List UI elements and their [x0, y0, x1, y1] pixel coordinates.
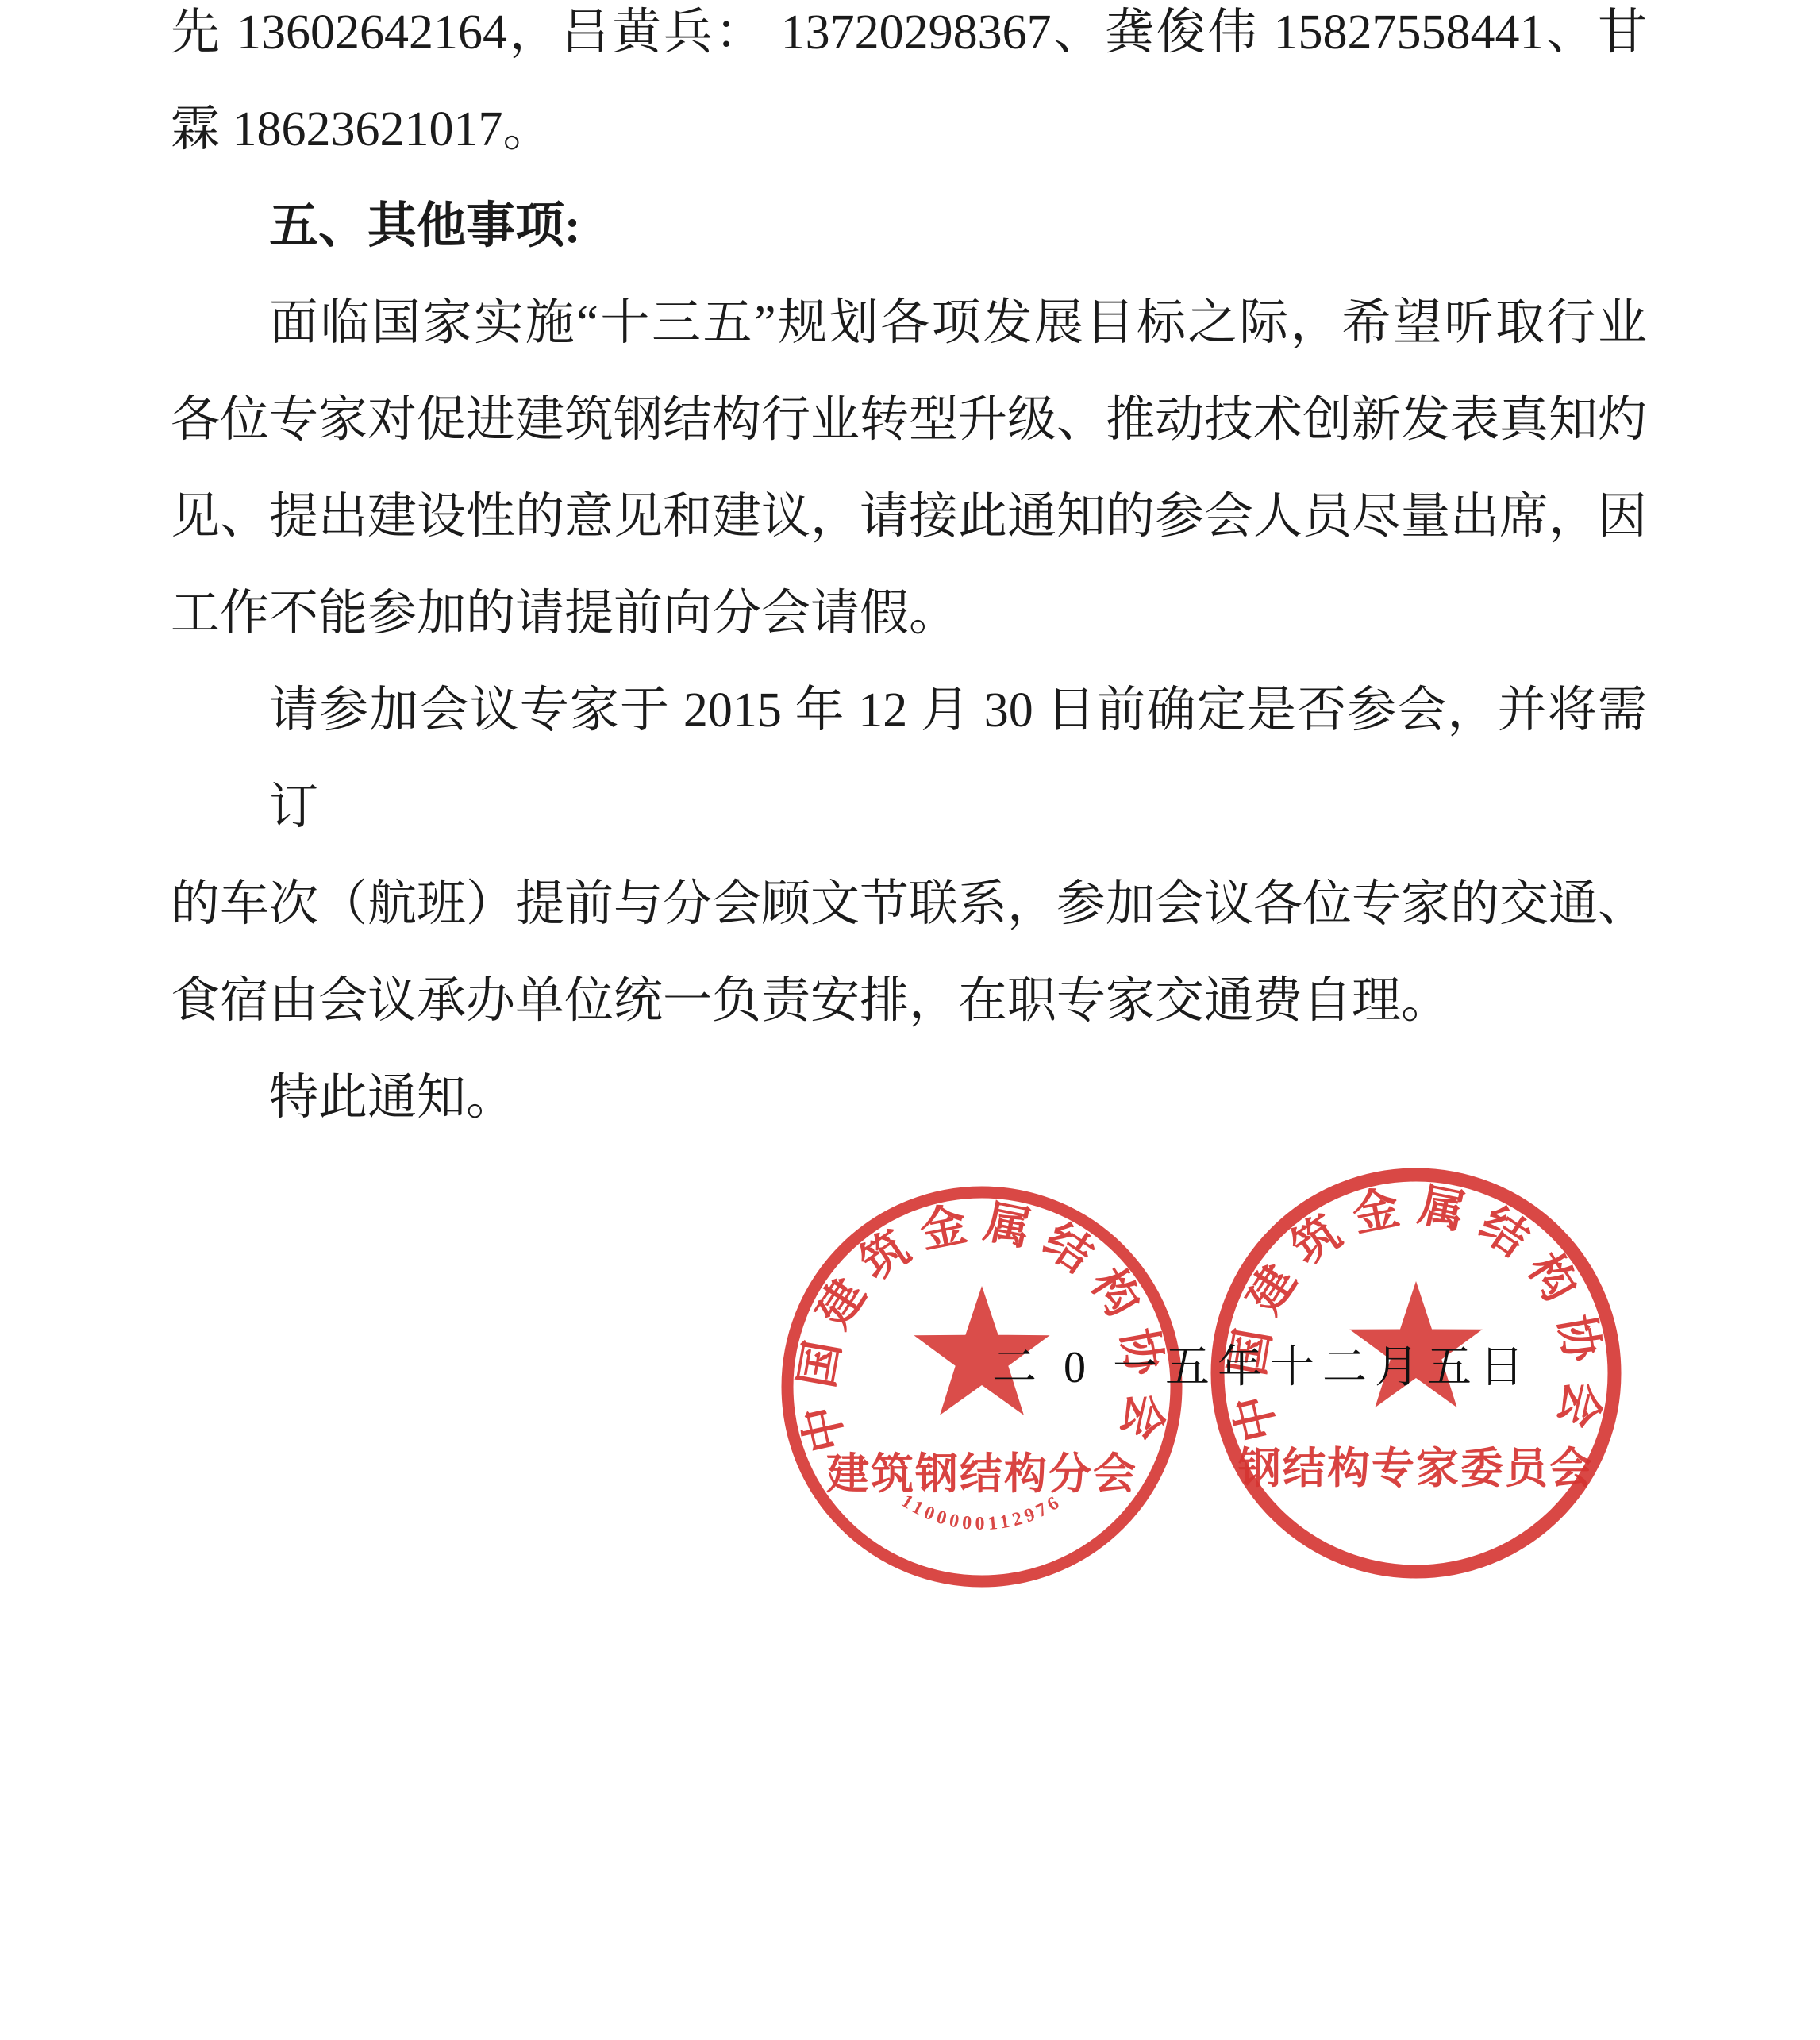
body-line: 见、提出建设性的意见和建议，请接此通知的参会人员尽量出席，因 — [171, 468, 1647, 565]
date-line: 二 0 一五年十二月五日 — [992, 1332, 1532, 1395]
document-body: 先 13602642164，吕黄兵： 13720298367、龚俊伟 15827… — [171, 0, 1647, 1146]
body-line: 先 13602642164，吕黄兵： 13720298367、龚俊伟 15827… — [171, 0, 1647, 81]
body-line: 各位专家对促进建筑钢结构行业转型升级、推动技术创新发表真知灼 — [171, 371, 1647, 468]
seal-bottom-text: 建筑钢结构分会 — [826, 1450, 1137, 1498]
body-line: 的车次（航班）提前与分会顾文节联系，参加会议各位专家的交通、 — [171, 856, 1647, 953]
section-heading: 五、其他事项: — [171, 178, 1647, 275]
body-line: 面临国家实施“十三五”规划各项发展目标之际，希望听取行业 — [171, 275, 1647, 371]
notice-document-page: 先 13602642164，吕黄兵： 13720298367、龚俊伟 15827… — [0, 0, 1820, 2040]
seal-bottom-text: 钢结构专家委员会 — [1238, 1445, 1594, 1492]
closing-line: 特此通知。 — [171, 1049, 1647, 1146]
body-line: 工作不能参加的请提前向分会请假。 — [171, 565, 1647, 662]
body-line: 请参加会议专家于 2015 年 12 月 30 日前确定是否参会，并将需订 — [171, 662, 1647, 856]
body-line: 霖 18623621017。 — [171, 81, 1647, 178]
body-line: 食宿由会议承办单位统一负责安排，在职专家交通费自理。 — [171, 953, 1647, 1049]
